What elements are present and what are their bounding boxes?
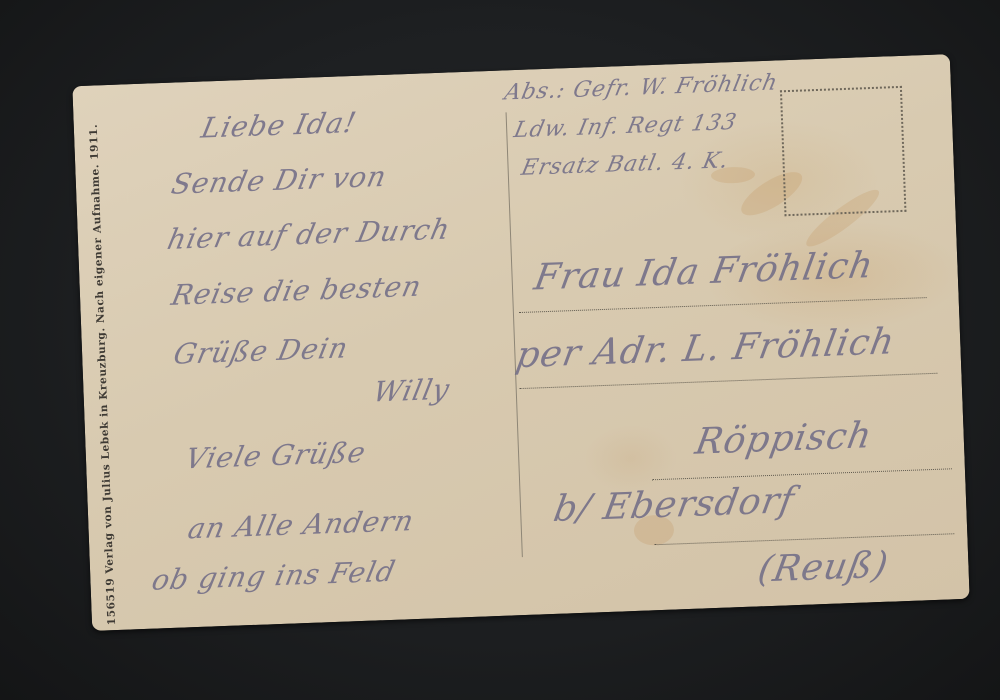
address-dotted-line xyxy=(520,373,938,389)
sender-line: Ersatz Batl. 4. K. xyxy=(519,148,731,181)
address-dotted-line xyxy=(654,533,954,545)
message-signature: Willy xyxy=(370,373,453,409)
sender-line: Abs.: Gefr. W. Fröhlich xyxy=(502,70,780,105)
message-line: Reise die besten xyxy=(169,269,425,311)
message-line: Grüße Dein xyxy=(171,331,352,371)
postcard: 156519 Verlag von Julius Lebek in Kreuzb… xyxy=(72,54,969,631)
message-line: Sende Dir von xyxy=(168,160,389,201)
sender-line: Ldw. Inf. Regt 133 xyxy=(512,110,740,143)
address-dotted-line xyxy=(652,468,952,480)
stamp-box xyxy=(780,86,907,216)
address-dotted-line xyxy=(519,297,927,313)
address-care-of: per Adr. L. Fröhlich xyxy=(513,321,898,376)
address-region: (Reuß) xyxy=(755,545,892,591)
photo-scene: 156519 Verlag von Julius Lebek in Kreuzb… xyxy=(0,0,1000,700)
sender-block: Abs.: Gefr. W. Fröhlich Ldw. Inf. Regt 1… xyxy=(72,54,949,86)
address-post-office: b/ Ebersdorf xyxy=(551,480,798,530)
message-line: ob ging ins Feld xyxy=(149,555,399,597)
publisher-imprint: 156519 Verlag von Julius Lebek in Kreuzb… xyxy=(87,105,118,625)
message-line: Viele Grüße xyxy=(183,436,370,476)
message-line: an Alle Andern xyxy=(185,504,417,546)
message-line: hier auf der Durch xyxy=(164,212,453,256)
address-town: Röppisch xyxy=(692,415,875,463)
address-recipient: Frau Ida Fröhlich xyxy=(531,245,877,299)
message-line: Liebe Ida! xyxy=(198,106,359,145)
